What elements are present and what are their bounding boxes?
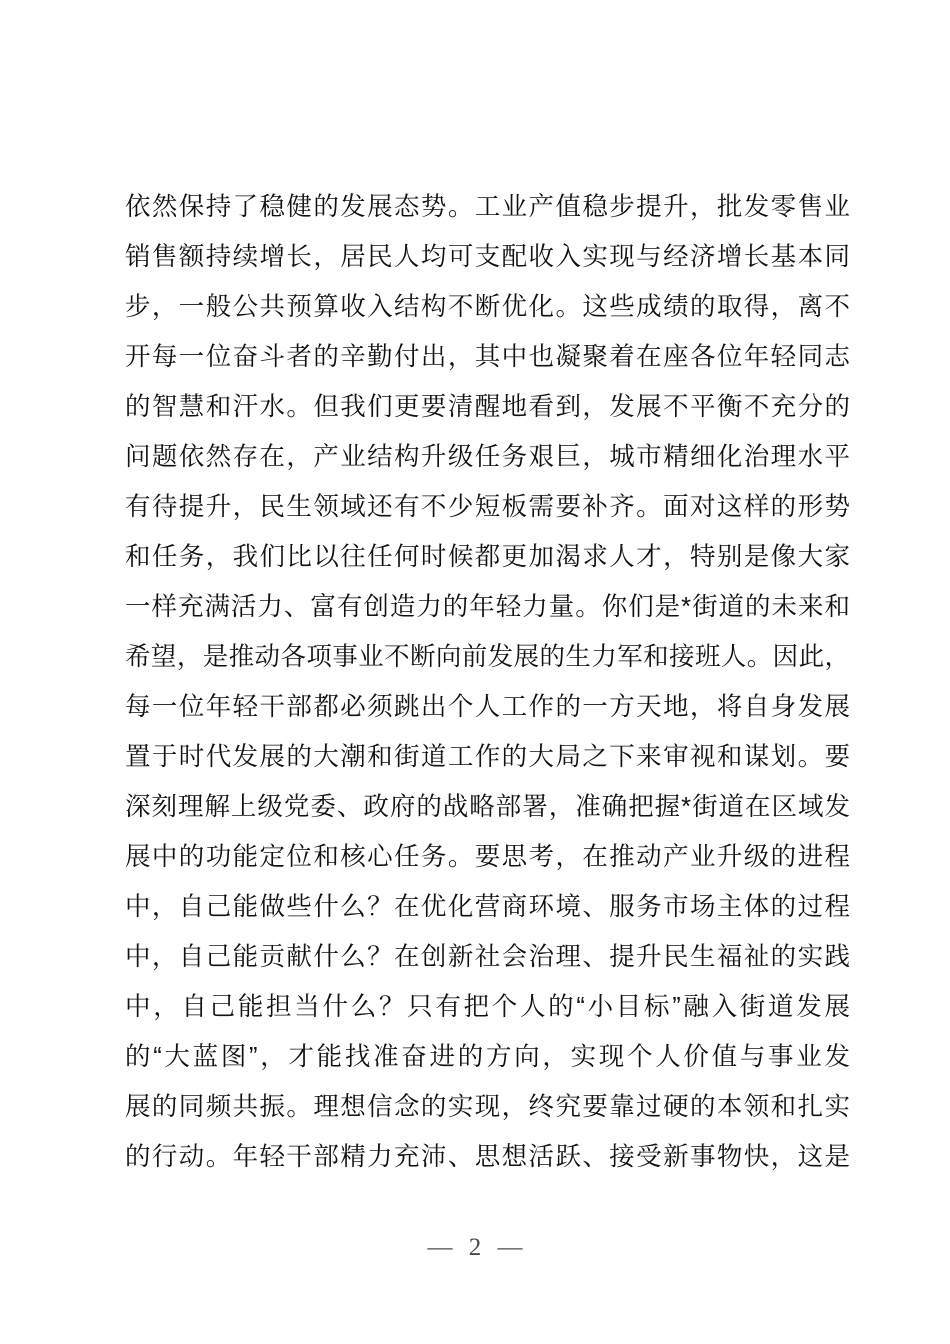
text-line: 展的同频共振。理想信念的实现，终究要靠过硬的本领和扎实 <box>125 1082 850 1132</box>
body-text: 依然保持了稳健的发展态势。工业产值稳步提升，批发零售业销售额持续增长，居民人均可… <box>125 182 850 1182</box>
text-line: 和任务，我们比以往任何时候都更加渴求人才，特别是像大家 <box>125 532 850 582</box>
text-line: 中，自己能担当什么？只有把个人的“小目标”融入街道发展 <box>125 982 850 1032</box>
text-line: 问题依然存在，产业结构升级任务艰巨，城市精细化治理水平 <box>125 432 850 482</box>
text-line: 中，自己能贡献什么？在创新社会治理、提升民生福祉的实践 <box>125 932 850 982</box>
text-line: 步，一般公共预算收入结构不断优化。这些成绩的取得，离不 <box>125 282 850 332</box>
page-footer: — 2 — <box>0 1234 950 1262</box>
document-page: 依然保持了稳健的发展态势。工业产值稳步提升，批发零售业销售额持续增长，居民人均可… <box>0 0 950 1344</box>
text-line: 希望，是推动各项事业不断向前发展的生力军和接班人。因此， <box>125 632 850 682</box>
text-line: 销售额持续增长，居民人均可支配收入实现与经济增长基本同 <box>125 232 850 282</box>
text-line: 开每一位奋斗者的辛勤付出，其中也凝聚着在座各位年轻同志 <box>125 332 850 382</box>
text-line: 有待提升，民生领域还有不少短板需要补齐。面对这样的形势 <box>125 482 850 532</box>
text-line: 展中的功能定位和核心任务。要思考，在推动产业升级的进程 <box>125 832 850 882</box>
text-line: 每一位年轻干部都必须跳出个人工作的一方天地，将自身发展 <box>125 682 850 732</box>
page-number: — 2 — <box>428 1234 523 1261</box>
text-line: 置于时代发展的大潮和街道工作的大局之下来审视和谋划。要 <box>125 732 850 782</box>
text-line: 中，自己能做些什么？在优化营商环境、服务市场主体的过程 <box>125 882 850 932</box>
text-line: 的“大蓝图”，才能找准奋进的方向，实现个人价值与事业发 <box>125 1032 850 1082</box>
text-line: 的智慧和汗水。但我们更要清醒地看到，发展不平衡不充分的 <box>125 382 850 432</box>
text-line: 一样充满活力、富有创造力的年轻力量。你们是*街道的未来和 <box>125 582 850 632</box>
text-line: 依然保持了稳健的发展态势。工业产值稳步提升，批发零售业 <box>125 182 850 232</box>
text-line: 深刻理解上级党委、政府的战略部署，准确把握*街道在区域发 <box>125 782 850 832</box>
text-line: 的行动。年轻干部精力充沛、思想活跃、接受新事物快，这是 <box>125 1132 850 1182</box>
